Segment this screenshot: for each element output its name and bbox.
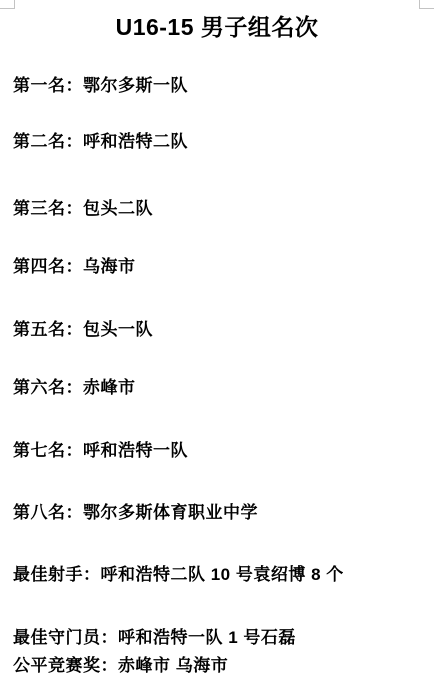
award-label: 公平竞赛奖：	[13, 656, 118, 675]
award-value: 呼和浩特一队 1 号石磊	[118, 628, 296, 647]
rank-label: 第四名：	[13, 257, 83, 276]
ranking-line-6: 第六名：赤峰市	[13, 377, 136, 399]
rank-label: 第七名：	[13, 441, 83, 460]
document-page: U16-15 男子组名次 第一名：鄂尔多斯一队 第二名：呼和浩特二队 第三名：包…	[0, 0, 434, 697]
rank-label: 第一名：	[13, 76, 83, 95]
rank-label: 第六名：	[13, 378, 83, 397]
team-name: 呼和浩特二队	[83, 132, 188, 151]
team-name: 包头二队	[83, 199, 153, 218]
team-name: 呼和浩特一队	[83, 441, 188, 460]
award-value: 呼和浩特二队 10 号袁绍博 8 个	[101, 565, 344, 584]
crop-mark-top-left	[0, 0, 15, 9]
page-title: U16-15 男子组名次	[0, 9, 434, 42]
team-name: 鄂尔多斯一队	[83, 76, 188, 95]
ranking-line-7: 第七名：呼和浩特一队	[13, 440, 188, 462]
ranking-line-2: 第二名：呼和浩特二队	[13, 131, 188, 153]
team-name: 包头一队	[83, 320, 153, 339]
award-label: 最佳守门员：	[13, 628, 118, 647]
ranking-line-3: 第三名：包头二队	[13, 198, 153, 220]
rank-label: 第八名：	[13, 503, 83, 522]
team-name: 乌海市	[83, 257, 136, 276]
crop-mark-top-right	[419, 0, 434, 9]
ranking-line-1: 第一名：鄂尔多斯一队	[13, 75, 188, 97]
team-name: 赤峰市	[83, 378, 136, 397]
award-line-best-goalkeeper: 最佳守门员：呼和浩特一队 1 号石磊	[13, 627, 296, 649]
award-label: 最佳射手：	[13, 565, 101, 584]
ranking-line-5: 第五名：包头一队	[13, 319, 153, 341]
award-value: 赤峰市 乌海市	[118, 656, 228, 675]
award-line-top-scorer: 最佳射手：呼和浩特二队 10 号袁绍博 8 个	[13, 564, 344, 586]
award-line-fair-play: 公平竞赛奖：赤峰市 乌海市	[13, 655, 228, 677]
rank-label: 第二名：	[13, 132, 83, 151]
ranking-line-4: 第四名：乌海市	[13, 256, 136, 278]
rank-label: 第五名：	[13, 320, 83, 339]
rank-label: 第三名：	[13, 199, 83, 218]
team-name: 鄂尔多斯体育职业中学	[83, 503, 258, 522]
ranking-line-8: 第八名：鄂尔多斯体育职业中学	[13, 502, 258, 524]
